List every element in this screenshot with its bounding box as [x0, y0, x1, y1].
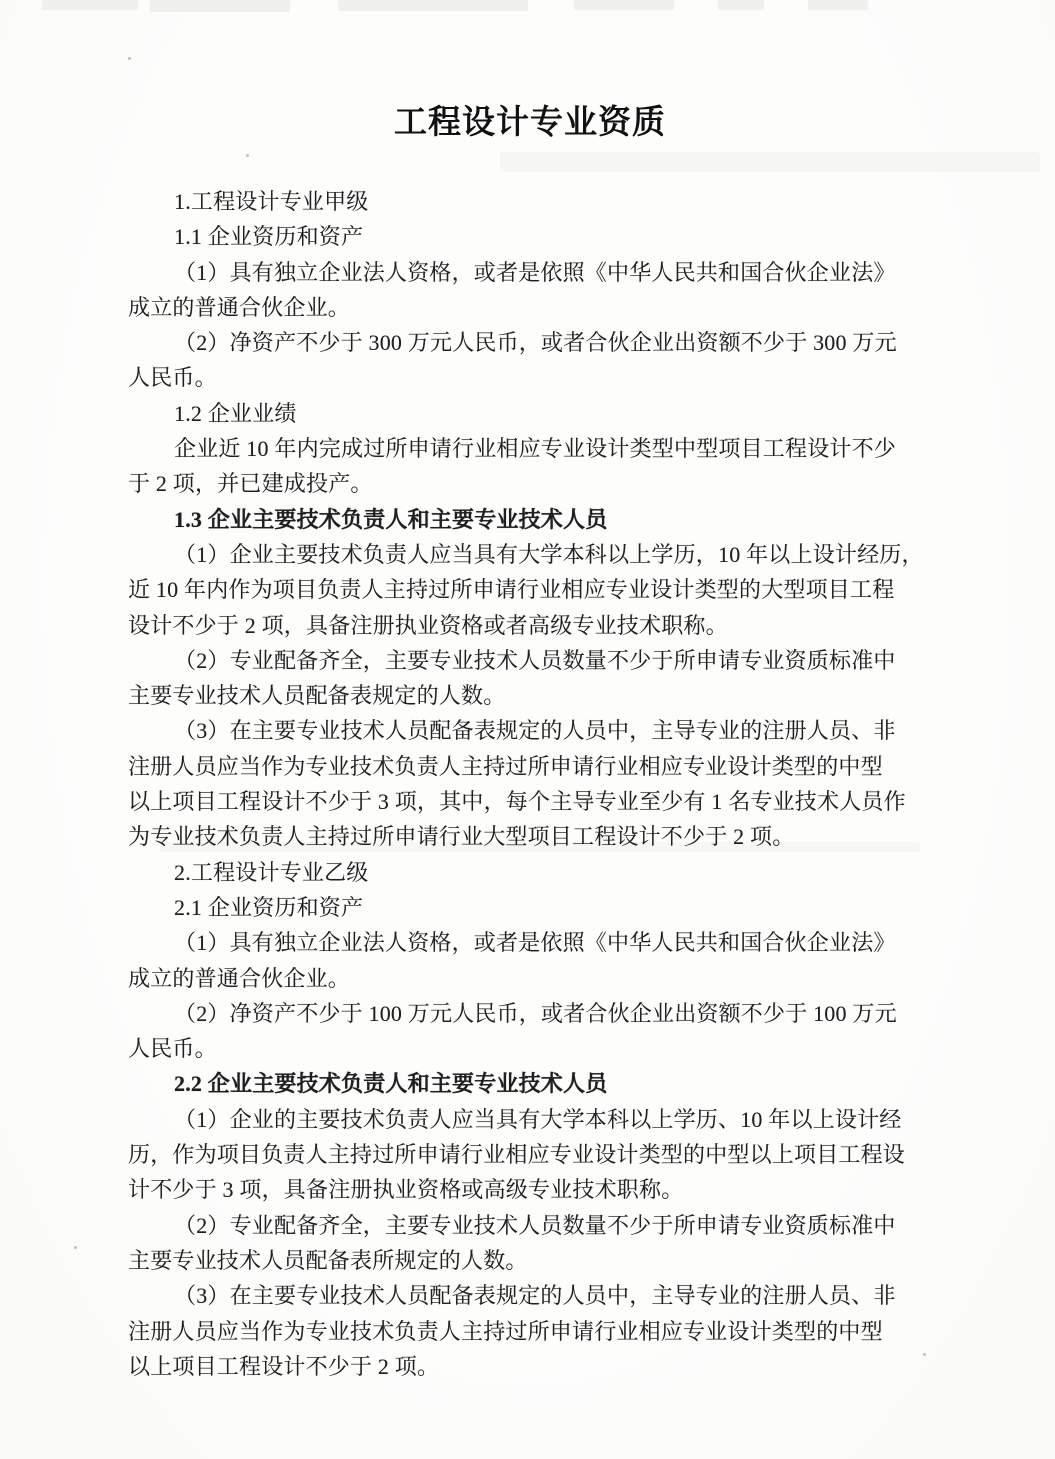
text-line: 2.2 企业主要技术负责人和主要专业技术人员 [128, 1066, 940, 1101]
text-line: 近 10 年内作为项目负责人主持过所申请行业相应专业设计类型的大型项目工程 [128, 572, 940, 607]
text-line: 1.3 企业主要技术负责人和主要专业技术人员 [128, 502, 940, 537]
paragraph: （3）在主要专业技术人员配备表规定的人员中，主导专业的注册人员、非注册人员应当作… [128, 1278, 940, 1384]
scan-artifact [42, 0, 138, 10]
text-line: （2）专业配备齐全，主要专业技术人员数量不少于所申请专业资质标准中 [128, 643, 940, 678]
scan-artifact [500, 152, 1040, 172]
paragraph: （2）净资产不少于 100 万元人民币，或者合伙企业出资额不少于 100 万元人… [128, 996, 940, 1067]
text-line: 以上项目工程设计不少于 3 项，其中，每个主导专业至少有 1 名专业技术人员作 [128, 784, 940, 819]
text-line: 于 2 项，并已建成投产。 [128, 466, 940, 501]
text-line: 成立的普通合伙企业。 [128, 290, 940, 325]
text-line: 历，作为项目负责人主持过所申请行业相应专业设计类型的中型以上项目工程设 [128, 1137, 940, 1172]
text-line: 人民币。 [128, 360, 940, 395]
paragraph: 1.工程设计专业甲级 [128, 184, 940, 219]
text-line: 2.工程设计专业乙级 [128, 855, 940, 890]
text-line: （1）具有独立企业法人资格，或者是依照《中华人民共和国合伙企业法》 [128, 925, 940, 960]
text-line: （3）在主要专业技术人员配备表规定的人员中，主导专业的注册人员、非 [128, 713, 940, 748]
text-line: 主要专业技术人员配备表所规定的人数。 [128, 1243, 940, 1278]
paragraph: 2.工程设计专业乙级 [128, 855, 940, 890]
text-line: 主要专业技术人员配备表规定的人数。 [128, 678, 940, 713]
text-line: （1）具有独立企业法人资格，或者是依照《中华人民共和国合伙企业法》 [128, 255, 940, 290]
document-title: 工程设计专业资质 [128, 96, 932, 143]
scan-artifact [246, 154, 249, 157]
paragraph: 2.2 企业主要技术负责人和主要专业技术人员 [128, 1066, 940, 1101]
paragraph: 1.2 企业业绩 [128, 396, 940, 431]
text-line: （2）净资产不少于 300 万元人民币，或者合伙企业出资额不少于 300 万元 [128, 325, 940, 360]
scan-artifact [718, 0, 764, 10]
text-line: （3）在主要专业技术人员配备表规定的人员中，主导专业的注册人员、非 [128, 1278, 940, 1313]
text-line: 1.1 企业资历和资产 [128, 219, 940, 254]
scan-artifact [74, 1246, 77, 1249]
text-line: 计不少于 3 项，具备注册执业资格或高级专业技术职称。 [128, 1172, 940, 1207]
text-line: 1.工程设计专业甲级 [128, 184, 940, 219]
text-line: （2）净资产不少于 100 万元人民币，或者合伙企业出资额不少于 100 万元 [128, 996, 940, 1031]
text-line: （1）企业主要技术负责人应当具有大学本科以上学历，10 年以上设计经历， [128, 537, 940, 572]
text-line: 注册人员应当作为专业技术负责人主持过所申请行业相应专业设计类型的中型 [128, 749, 940, 784]
paragraph: （2）专业配备齐全，主要专业技术人员数量不少于所申请专业资质标准中主要专业技术人… [128, 1208, 940, 1279]
text-line: 为专业技术负责人主持过所申请行业大型项目工程设计不少于 2 项。 [128, 819, 940, 854]
paragraph: （1）企业的主要技术负责人应当具有大学本科以上学历、10 年以上设计经历，作为项… [128, 1102, 940, 1208]
paragraph: （2）专业配备齐全，主要专业技术人员数量不少于所申请专业资质标准中主要专业技术人… [128, 643, 940, 714]
paragraph: （1）具有独立企业法人资格，或者是依照《中华人民共和国合伙企业法》成立的普通合伙… [128, 925, 940, 996]
scan-artifact [128, 57, 131, 60]
paragraph: 企业近 10 年内完成过所申请行业相应专业设计类型中型项目工程设计不少于 2 项… [128, 431, 940, 502]
text-line: 以上项目工程设计不少于 2 项。 [128, 1349, 940, 1384]
text-line: 2.1 企业资历和资产 [128, 890, 940, 925]
text-line: 设计不少于 2 项，具备注册执业资格或者高级专业技术职称。 [128, 608, 940, 643]
text-line: 人民币。 [128, 1031, 940, 1066]
text-line: （2）专业配备齐全，主要专业技术人员数量不少于所申请专业资质标准中 [128, 1208, 940, 1243]
text-line: 1.2 企业业绩 [128, 396, 940, 431]
scan-artifact [808, 0, 868, 10]
paragraph: （3）在主要专业技术人员配备表规定的人员中，主导专业的注册人员、非注册人员应当作… [128, 713, 940, 854]
document-body: 1.工程设计专业甲级1.1 企业资历和资产（1）具有独立企业法人资格，或者是依照… [128, 184, 940, 1384]
text-line: 成立的普通合伙企业。 [128, 961, 940, 996]
text-line: 企业近 10 年内完成过所申请行业相应专业设计类型中型项目工程设计不少 [128, 431, 940, 466]
paragraph: 1.3 企业主要技术负责人和主要专业技术人员 [128, 502, 940, 537]
scanned-document-page: 工程设计专业资质 1.工程设计专业甲级1.1 企业资历和资产（1）具有独立企业法… [0, 0, 1055, 1459]
text-line: 注册人员应当作为专业技术负责人主持过所申请行业相应专业设计类型的中型 [128, 1314, 940, 1349]
scan-artifact [150, 0, 290, 12]
scan-artifact [574, 0, 674, 10]
paragraph: （1）企业主要技术负责人应当具有大学本科以上学历，10 年以上设计经历，近 10… [128, 537, 940, 643]
paragraph: 2.1 企业资历和资产 [128, 890, 940, 925]
scan-artifact [338, 0, 528, 11]
paragraph: 1.1 企业资历和资产 [128, 219, 940, 254]
paragraph: （1）具有独立企业法人资格，或者是依照《中华人民共和国合伙企业法》成立的普通合伙… [128, 255, 940, 326]
text-line: （1）企业的主要技术负责人应当具有大学本科以上学历、10 年以上设计经 [128, 1102, 940, 1137]
paragraph: （2）净资产不少于 300 万元人民币，或者合伙企业出资额不少于 300 万元人… [128, 325, 940, 396]
